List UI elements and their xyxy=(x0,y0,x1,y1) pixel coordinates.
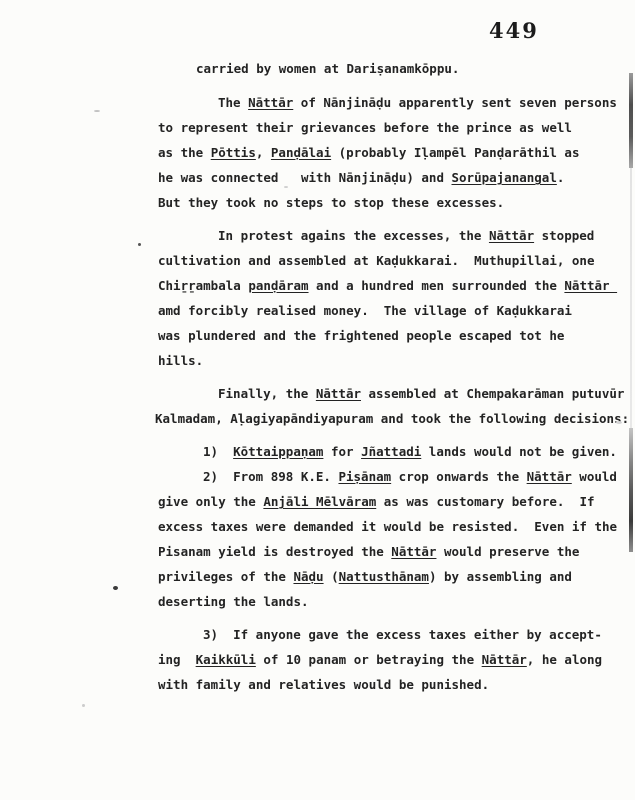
text-line: was plundered and the frightened people … xyxy=(158,327,564,344)
text-line: hills. xyxy=(158,352,203,369)
underlined-term: Nāttār xyxy=(489,228,534,243)
underlined-term: Nāttār xyxy=(482,652,527,667)
underlined-term: Kaikkūli xyxy=(196,652,256,667)
text-segment: Pisanam yield is destroyed the xyxy=(158,544,391,559)
text-segment: , he along xyxy=(527,652,602,667)
text-segment: hills. xyxy=(158,353,203,368)
text-segment: 3) If anyone gave the excess taxes eithe… xyxy=(203,627,602,642)
text-line: carried by women at Dariṣanamkōppu. xyxy=(196,60,459,77)
scan-speck xyxy=(94,110,100,112)
underlined-term: panḍāram xyxy=(248,278,308,293)
text-line: privileges of the Nāḍu (Nattusthānam) by… xyxy=(158,568,572,585)
underlined-term: Nāttār xyxy=(527,469,572,484)
text-line: excess taxes were demanded it would be r… xyxy=(158,518,617,535)
underlined-term: Anjāli Mēlvāram xyxy=(263,494,376,509)
text-line: with family and relatives would be punis… xyxy=(158,676,489,693)
text-segment: lands would not be given. xyxy=(421,444,617,459)
text-segment: of Nānjināḍu apparently sent seven perso… xyxy=(293,95,617,110)
text-line: amd forcibly realised money. The village… xyxy=(158,302,572,319)
underlined-term: Jñattadi xyxy=(361,444,421,459)
text-segment: In protest agains the excesses, the xyxy=(218,228,489,243)
underlined-term: Pōttis xyxy=(211,145,256,160)
scan-edge-bar xyxy=(630,168,632,428)
text-segment: 2) From 898 K.E. xyxy=(203,469,338,484)
text-line: In protest agains the excesses, the Nātt… xyxy=(218,227,594,244)
text-line: 3) If anyone gave the excess taxes eithe… xyxy=(203,626,602,643)
text-segment: Kalmadam, Aḷagiyapāndiyapuram and took t… xyxy=(155,411,629,426)
text-segment: would preserve the xyxy=(436,544,579,559)
text-line: 1) Kōttaippaṇam for Jñattadi lands would… xyxy=(203,443,617,460)
text-line: deserting the lands. xyxy=(158,593,309,610)
text-segment: and a hundred men surrounded the xyxy=(309,278,565,293)
text-segment: would xyxy=(572,469,617,484)
text-segment: carried by women at Dariṣanamkōppu. xyxy=(196,61,459,76)
text-line: he was connected with Nānjināḍu) and Sor… xyxy=(158,169,564,186)
scan-speck xyxy=(113,586,118,590)
scan-edge-bar xyxy=(629,428,633,552)
text-segment: assembled at Chempakarāman putuvūr xyxy=(361,386,624,401)
text-segment: ing xyxy=(158,652,196,667)
text-segment: Chiṟṟambala xyxy=(158,278,248,293)
text-segment: give only the xyxy=(158,494,263,509)
underlined-term: Nāttār xyxy=(391,544,436,559)
text-segment: with family and relatives would be punis… xyxy=(158,677,489,692)
text-line: But they took no steps to stop these exc… xyxy=(158,194,504,211)
text-line: Chiṟṟambala panḍāram and a hundred men s… xyxy=(158,277,617,294)
scanned-document-page: 449 carried by women at Dariṣanamkōppu.T… xyxy=(0,0,635,800)
text-segment: privileges of the xyxy=(158,569,293,584)
text-line: Kalmadam, Aḷagiyapāndiyapuram and took t… xyxy=(155,410,629,427)
text-line: cultivation and assembled at Kaḍukkarai.… xyxy=(158,252,595,269)
underlined-term: Kōttaippaṇam xyxy=(233,444,323,459)
text-segment: as the xyxy=(158,145,211,160)
scan-speck xyxy=(138,243,141,246)
text-line: ing Kaikkūli of 10 panam or betraying th… xyxy=(158,651,602,668)
text-segment: ) by assembling and xyxy=(429,569,572,584)
text-segment: But they took no steps to stop these exc… xyxy=(158,195,504,210)
text-segment: deserting the lands. xyxy=(158,594,309,609)
text-segment: excess taxes were demanded it would be r… xyxy=(158,519,617,534)
text-line: as the Pōttis, Panḍālai (probably Iḷampē… xyxy=(158,144,579,161)
scan-speck xyxy=(284,186,288,188)
underlined-term: Sorūpajanangal xyxy=(452,170,557,185)
text-segment: of 10 panam or betraying the xyxy=(256,652,482,667)
underlined-term: Piṣānam xyxy=(338,469,391,484)
underlined-term: Panḍālai xyxy=(271,145,331,160)
underlined-term: Nāttār xyxy=(316,386,361,401)
text-line: The Nāttār of Nānjināḍu apparently sent … xyxy=(218,94,617,111)
underlined-term: Nāḍu xyxy=(293,569,323,584)
page-number: 449 xyxy=(489,18,539,43)
text-segment: crop onwards the xyxy=(391,469,526,484)
scan-speck xyxy=(616,421,622,424)
text-segment: The xyxy=(218,95,248,110)
text-line: Pisanam yield is destroyed the Nāttār wo… xyxy=(158,543,579,560)
text-segment: stopped xyxy=(534,228,594,243)
underlined-term: Nattusthānam xyxy=(339,569,429,584)
text-segment: cultivation and assembled at Kaḍukkarai.… xyxy=(158,253,595,268)
text-line: 2) From 898 K.E. Piṣānam crop onwards th… xyxy=(203,468,617,485)
underlined-term: Nāttār xyxy=(564,278,617,293)
text-segment: Finally, the xyxy=(218,386,316,401)
text-segment: was plundered and the frightened people … xyxy=(158,328,564,343)
text-segment: , xyxy=(256,145,271,160)
text-segment: . xyxy=(557,170,565,185)
text-line: to represent their grievances before the… xyxy=(158,119,572,136)
underlined-term: Nāttār xyxy=(248,95,293,110)
text-segment: (probably Iḷampēl Panḍarāthil as xyxy=(331,145,579,160)
scan-speck xyxy=(82,704,85,707)
text-segment: to represent their grievances before the… xyxy=(158,120,572,135)
scan-edge-bar xyxy=(629,73,633,168)
text-line: Finally, the Nāttār assembled at Chempak… xyxy=(218,385,624,402)
text-segment: amd forcibly realised money. The village… xyxy=(158,303,572,318)
text-line: give only the Anjāli Mēlvāram as was cus… xyxy=(158,493,595,510)
text-segment: for xyxy=(323,444,361,459)
text-segment: as was customary before. If xyxy=(376,494,594,509)
text-segment: ( xyxy=(324,569,339,584)
text-segment: he was connected with Nānjināḍu) and xyxy=(158,170,452,185)
text-segment: 1) xyxy=(203,444,233,459)
